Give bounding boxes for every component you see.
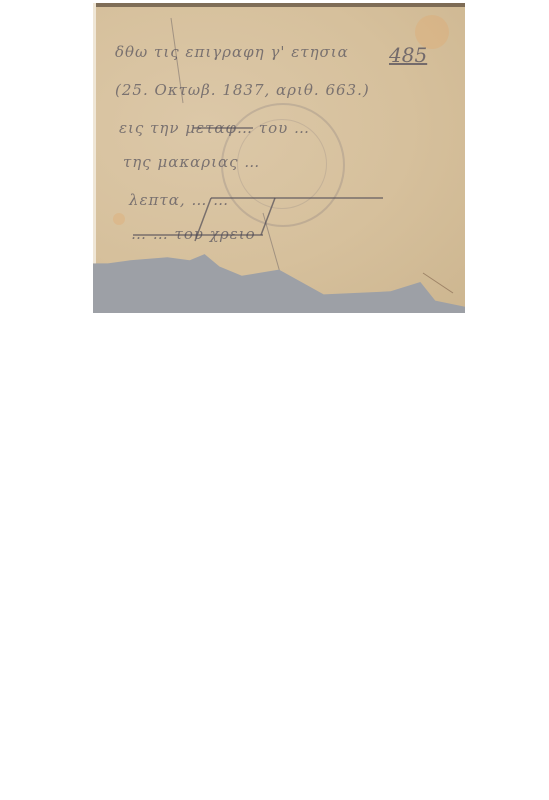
scanned-document: δθω τις επιγραφη γ' ετησια 485 (25. Οκτω… — [93, 3, 465, 313]
pencil-strikethrough-marks — [93, 3, 465, 313]
paper-sheet: δθω τις επιγραφη γ' ετησια 485 (25. Οκτω… — [93, 3, 465, 313]
